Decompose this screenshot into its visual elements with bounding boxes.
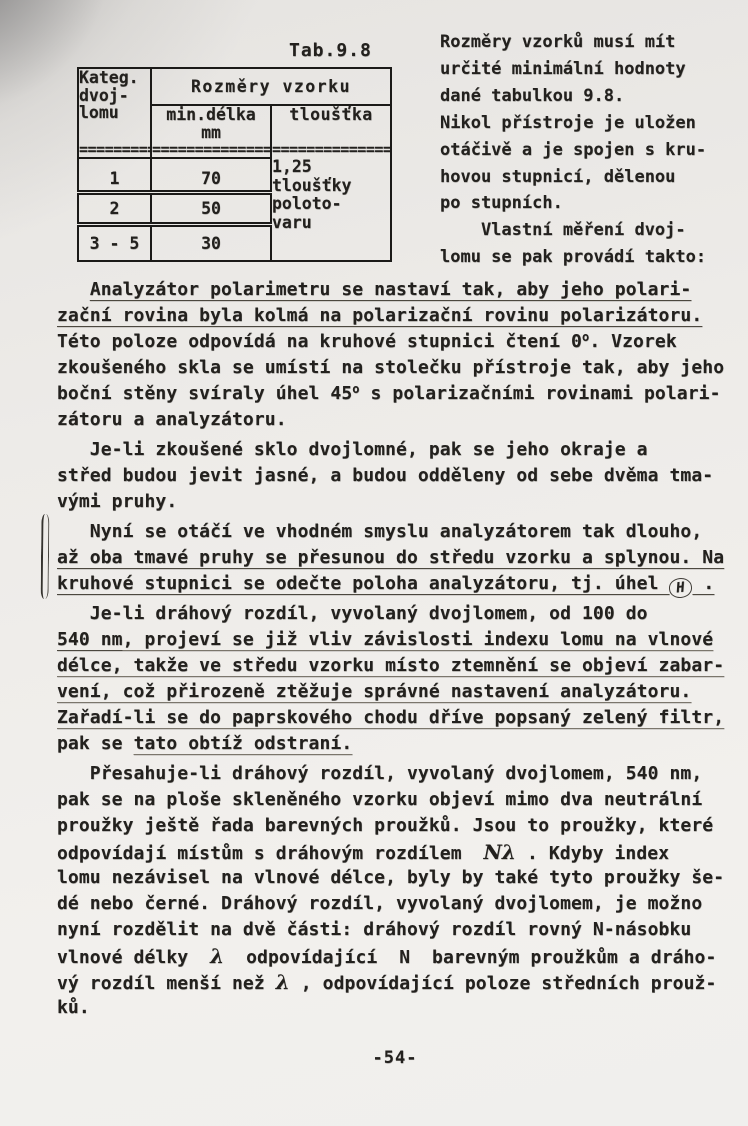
text-segment: Této poloze odpovídá na kruhové stupnici… [57, 331, 582, 352]
text-line: vými pruhy. [57, 489, 735, 515]
text-line: nyní rozdělit na dvě části: dráhový rozd… [57, 917, 735, 943]
table-header-min-length: min.délka mm [151, 105, 271, 144]
text-segment: pak se na ploše skleněného vzorku objeví… [57, 789, 702, 810]
text-line: zkoušeného skla se umístí na stolečku př… [57, 355, 735, 381]
text-segment: Je-li dráhový rozdíl, vyvolaný dvojlomem… [57, 603, 648, 624]
text-line: po stupních. [440, 190, 742, 217]
sample-dimensions-table: Kateg. dvoj- lomu Rozměry vzorku min.dél… [77, 67, 392, 262]
table-header-thickness: tloušťka [271, 105, 391, 144]
text-segment: až oba tmavé pruhy se přesunou do středu… [57, 547, 724, 568]
text-segment: proužky ještě řada barevných proužků. Js… [57, 815, 713, 836]
text-line: odpovídají místům s dráhovým rozdílem Nλ… [57, 839, 735, 865]
text-segment: s polarizačními rovinami polari- [360, 383, 721, 404]
text-line: Je-li dráhový rozdíl, vyvolaný dvojlomem… [57, 601, 735, 627]
text-line: dé nebo černé. Dráhový rozdíl, vyvolaný … [57, 891, 735, 917]
text-segment: o [352, 382, 359, 396]
text-segment: pak se [57, 733, 134, 754]
text-line: určité minimální hodnoty [440, 56, 742, 83]
text-line: pak se na ploše skleněného vzorku objeví… [57, 787, 735, 813]
text-segment: Je-li zkoušené sklo dvojlomné, pak se je… [57, 439, 648, 460]
text-line: Zařadí-li se do paprskového chodu dříve … [57, 705, 735, 731]
margin-emphasis-mark [41, 514, 50, 599]
paragraph: Nyní se otáčí ve vhodném smyslu analyzát… [57, 519, 735, 597]
text-line: boční stěny svíraly úhel 45o s polarizač… [57, 381, 735, 407]
text-segment: zační rovina byla kolmá na polarizační r… [57, 305, 702, 326]
table-cell-thickness-note: 1,25 tloušťky poloto- varu [271, 158, 391, 261]
text-segment: , odpovídající poloze středních prouž- [290, 973, 717, 994]
math-symbol: Nλ [484, 840, 517, 864]
text-segment: nyní rozdělit na dvě části: dráhový rozd… [57, 919, 691, 940]
text-segment: o [582, 330, 589, 344]
intro-text: Rozměry vzorků musí míturčité minimální … [440, 29, 742, 271]
math-symbol: λ [276, 970, 290, 994]
text-line: pak se tato obtíž odstraní. [57, 731, 735, 757]
text-line: vlnové délky λ odpovídající N barevným p… [57, 943, 735, 969]
text-line: délce, takže ve středu vzorku místo ztem… [57, 653, 735, 679]
document-page: Tab.9.8 Kateg. dvoj- lomu Rozměry vzorku… [0, 0, 748, 1126]
text-segment: . Vzorek [589, 331, 677, 352]
text-segment: vlnové délky [57, 947, 210, 968]
text-line: vý rozdíl menší než λ , odpovídající pol… [57, 969, 735, 995]
text-segment: , projeví se již vliv závislosti indexu … [123, 629, 714, 650]
text-segment [57, 279, 90, 300]
text-segment: délce, takže ve středu vzorku místo ztem… [57, 655, 724, 676]
text-line: lomu se pak provádí takto: [440, 244, 742, 271]
text-segment: 540 nm [57, 629, 123, 650]
text-segment: Přesahuje-li dráhový rozdíl, vyvolaný dv… [57, 763, 702, 784]
table-rule-row: ============ ================ ==========… [78, 144, 391, 158]
paragraph: Je-li zkoušené sklo dvojlomné, pak se je… [57, 437, 735, 515]
text-segment: ků. [57, 997, 90, 1018]
text-line: otáčivě a je spojen s kru- [440, 137, 742, 164]
text-line: 540 nm, projeví se již vliv závislosti i… [57, 627, 735, 653]
text-segment: dé nebo černé. Dráhový rozdíl, vyvolaný … [57, 893, 702, 914]
circled-letter: H [668, 577, 693, 600]
text-segment: Analyzátor polarimetru se nastaví tak, a… [90, 279, 692, 300]
text-line: Nikol přístroje je uložen [440, 110, 742, 137]
text-line: Přesahuje-li dráhový rozdíl, vyvolaný dv… [57, 761, 735, 787]
text-line: Je-li zkoušené sklo dvojlomné, pak se je… [57, 437, 735, 463]
text-line: proužky ještě řada barevných proužků. Js… [57, 813, 735, 839]
text-line: Nyní se otáčí ve vhodném smyslu analyzát… [57, 519, 735, 545]
body-text: Analyzátor polarimetru se nastaví tak, a… [57, 277, 735, 1021]
paragraph: Analyzátor polarimetru se nastaví tak, a… [57, 277, 735, 433]
text-segment: Nyní se otáčí ve vhodném smyslu analyzát… [57, 521, 702, 542]
table-row: 1 70 1,25 tloušťky poloto- varu [78, 158, 391, 193]
text-line: zační rovina byla kolmá na polarizační r… [57, 303, 735, 329]
text-line: vení, což přirozeně ztěžuje správné nast… [57, 679, 735, 705]
text-segment: tato obtíž odstraní. [134, 733, 353, 754]
text-segment: lomu nezávisel na vlnové délce, byly by … [57, 867, 724, 888]
text-line: ků. [57, 995, 735, 1021]
text-segment: . Kdyby index [516, 843, 669, 864]
table-caption: Tab.9.8 [289, 40, 372, 61]
paragraph: Je-li dráhový rozdíl, vyvolaný dvojlomem… [57, 601, 735, 757]
table-header-dimensions: Rozměry vzorku [151, 68, 391, 105]
text-segment: odpovídají místům s dráhovým rozdílem [57, 843, 484, 864]
table-header-category: Kateg. dvoj- lomu [78, 68, 151, 144]
text-segment: zkoušeného skla se umístí na stolečku př… [57, 357, 724, 378]
text-segment: vý rozdíl menší než [57, 973, 276, 994]
text-line: Vlastní měření dvoj- [440, 217, 742, 244]
text-line: kruhové stupnici se odečte poloha analyz… [57, 571, 735, 597]
text-segment: vými pruhy. [57, 491, 177, 512]
text-segment: vení, což přirozeně ztěžuje správné nast… [57, 681, 691, 702]
text-line: Rozměry vzorků musí mít [440, 29, 742, 56]
text-segment: . [692, 573, 714, 594]
math-symbol: λ [210, 944, 224, 968]
text-segment: zátoru a analyzátoru. [57, 409, 287, 430]
text-line: Analyzátor polarimetru se nastaví tak, a… [57, 277, 735, 303]
text-segment: střed budou jevit jasné, a budou oddělen… [57, 465, 713, 486]
text-segment: boční stěny svíraly úhel 45 [57, 383, 352, 404]
text-line: až oba tmavé pruhy se přesunou do středu… [57, 545, 735, 571]
text-line: dané tabulkou 9.8. [440, 83, 742, 110]
page-number: -54- [345, 1048, 445, 1068]
text-line: hovou stupnicí, dělenou [440, 164, 742, 191]
paragraph: Přesahuje-li dráhový rozdíl, vyvolaný dv… [57, 761, 735, 1021]
text-segment: Zařadí-li se do paprskového chodu dříve … [57, 707, 724, 728]
text-line: střed budou jevit jasné, a budou oddělen… [57, 463, 735, 489]
text-segment: kruhové stupnici se odečte poloha analyz… [57, 573, 669, 594]
text-line: Této poloze odpovídá na kruhové stupnici… [57, 329, 735, 355]
text-line: zátoru a analyzátoru. [57, 407, 735, 433]
text-line: lomu nezávisel na vlnové délce, byly by … [57, 865, 735, 891]
text-segment: odpovídající N barevným proužkům a dráho… [224, 947, 716, 968]
